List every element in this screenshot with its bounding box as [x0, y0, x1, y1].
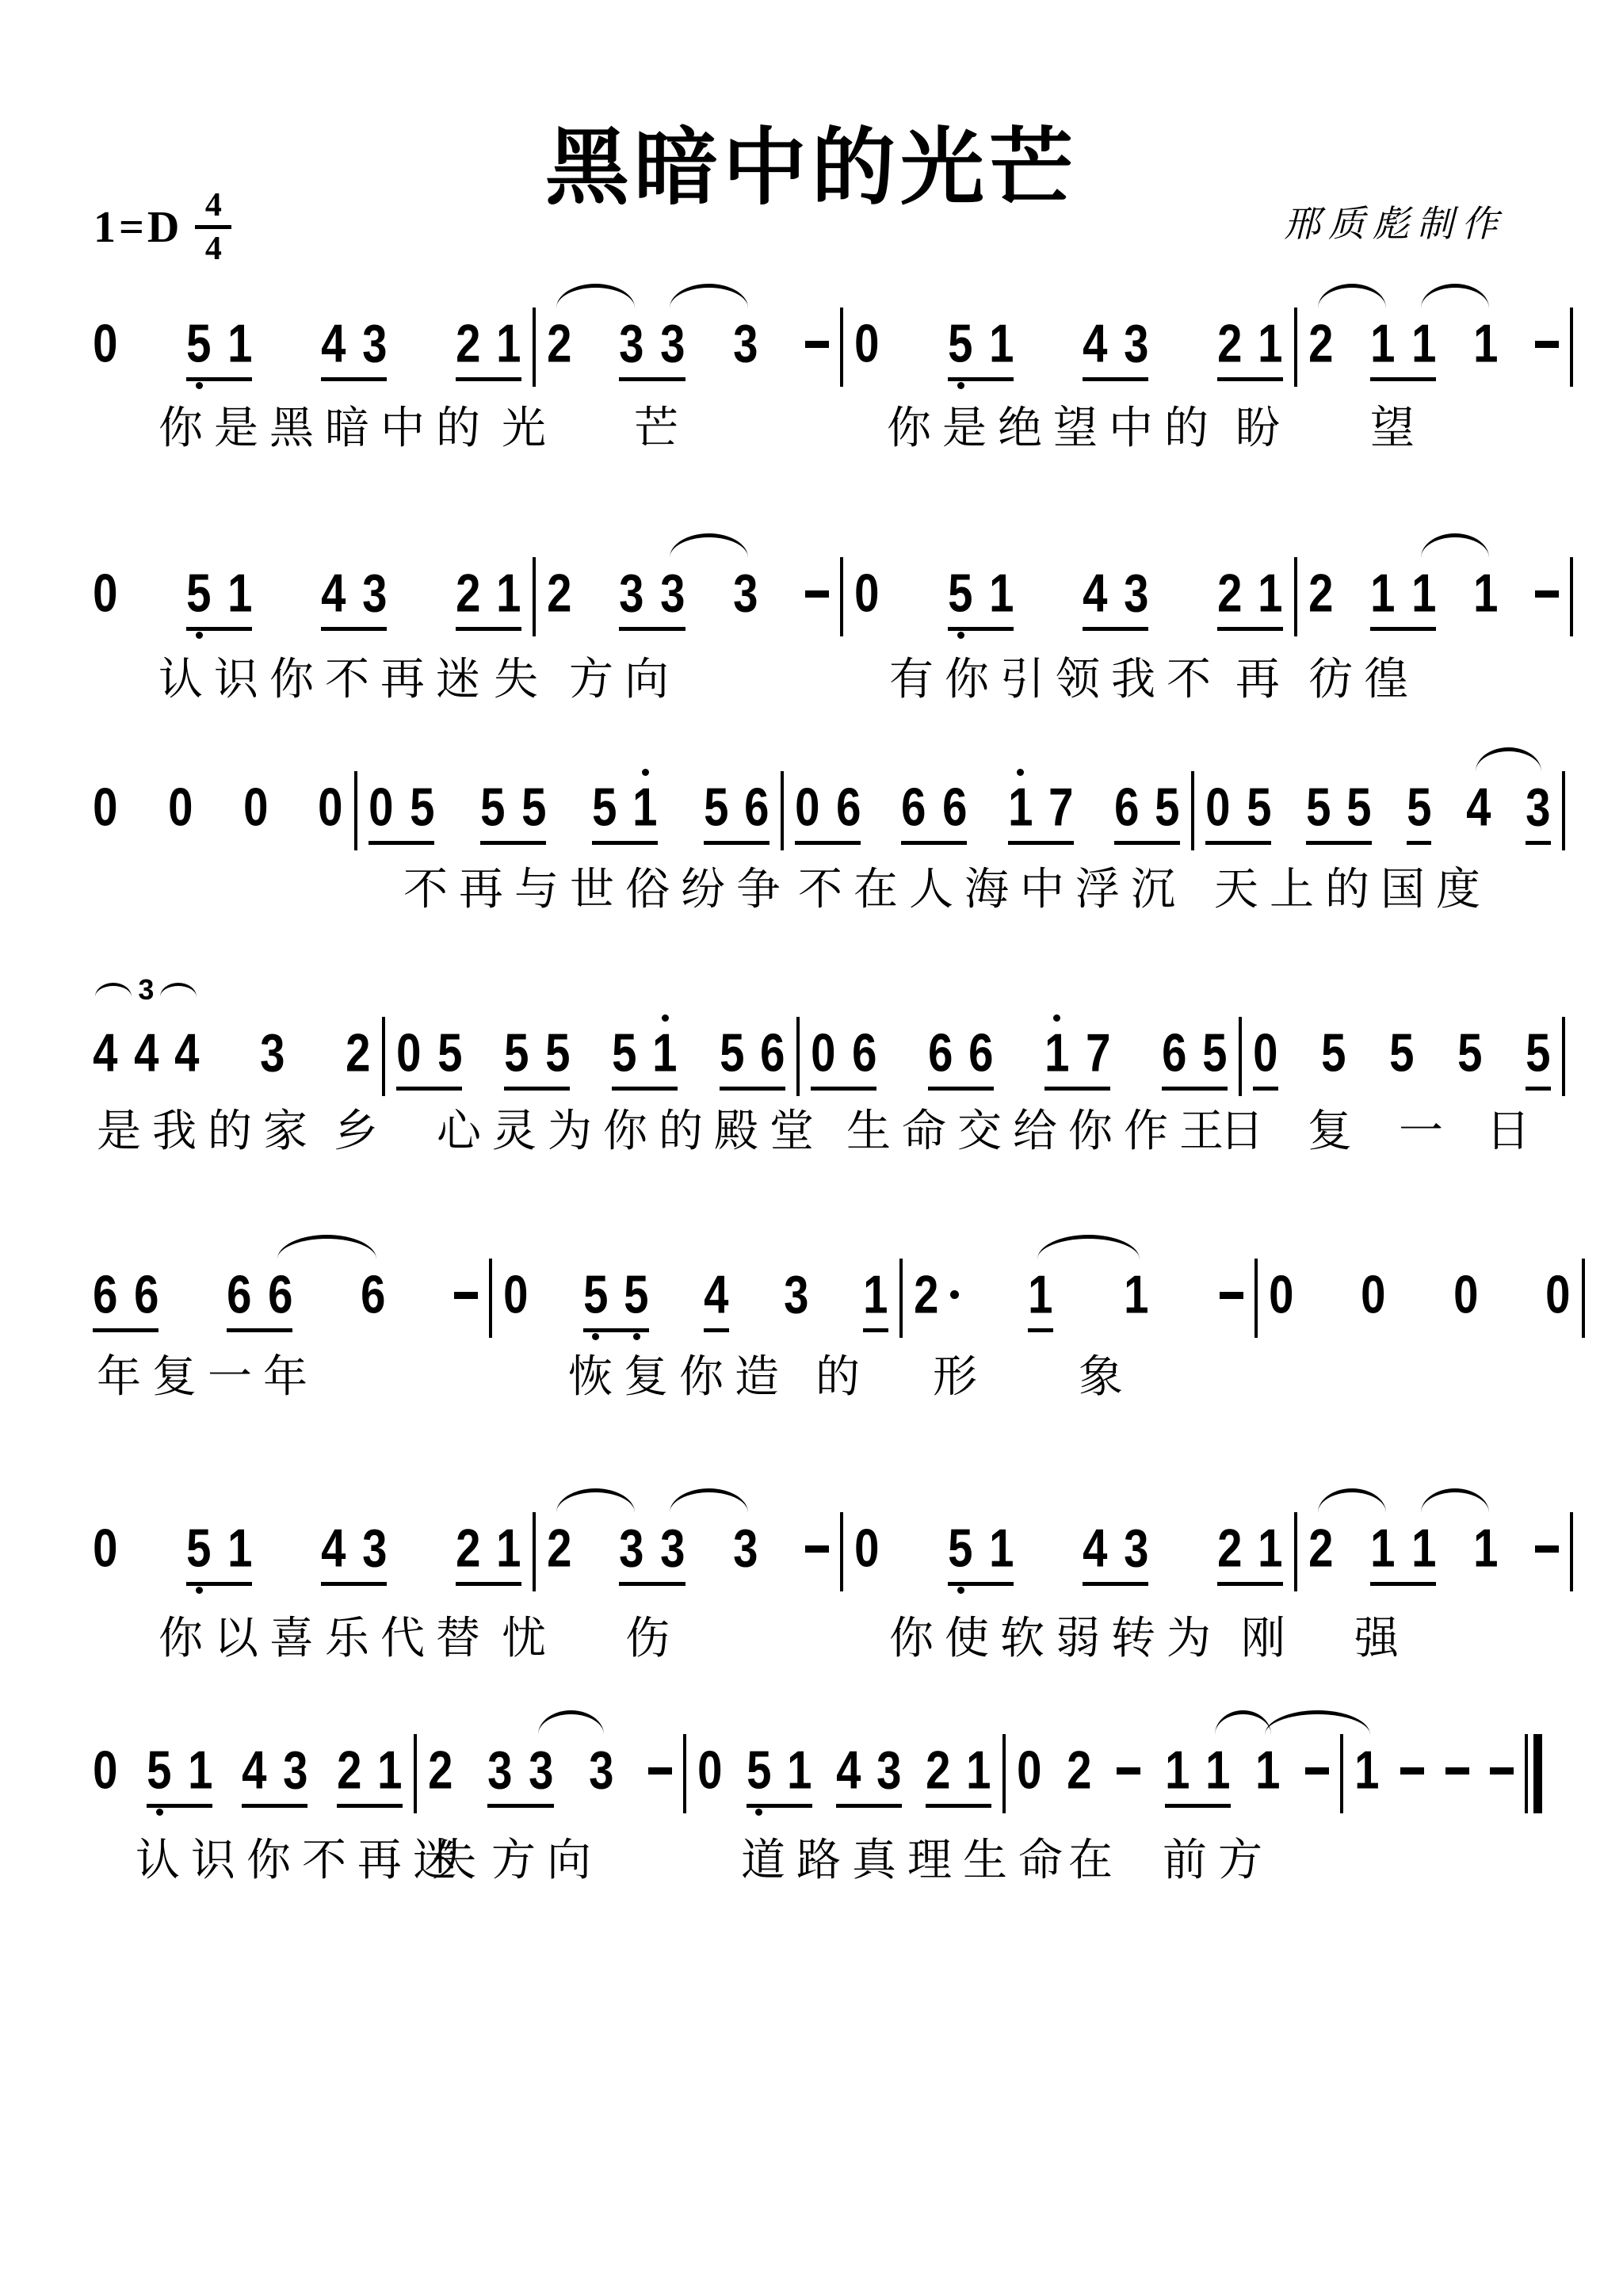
note-digit: 1 — [864, 1265, 888, 1324]
note: 5 — [185, 546, 213, 655]
duration-dash — [454, 1292, 478, 1299]
lyric-segment: 复 — [1308, 1106, 1363, 1156]
note-digit: 1 — [989, 314, 1014, 372]
digit-row: 1 — [1472, 315, 1500, 371]
beam-underline — [242, 1804, 307, 1808]
note: 1 — [495, 546, 523, 655]
slur-arc — [1421, 284, 1489, 308]
digit-row: 4 — [91, 1025, 120, 1080]
beamed-group: 51 — [185, 546, 254, 655]
note: 5 — [622, 1247, 651, 1357]
note-digit: 1 — [188, 1740, 212, 1799]
tuplet-number: 3 — [138, 976, 154, 1004]
digit-row: 6 — [758, 1025, 787, 1080]
note: 6 — [91, 1247, 120, 1357]
note: 4 — [319, 296, 348, 406]
digit-row: 0 — [1544, 1266, 1572, 1322]
dash-token — [1533, 546, 1560, 621]
single-note-underline-group: 0 — [1251, 1006, 1280, 1115]
digit-row: 3 — [486, 1742, 514, 1797]
digit-row: 0 — [367, 779, 395, 835]
digit-row: 1 — [1204, 1742, 1232, 1797]
measure: 2111 — [1307, 1501, 1560, 1610]
beamed-group: 51 — [745, 1723, 814, 1832]
octave-dot-above — [1053, 1014, 1060, 1022]
digit-row: 0 — [242, 779, 270, 835]
note: 1 — [1369, 546, 1397, 655]
measure: 0514321 — [853, 1501, 1285, 1610]
note-digit: 3 — [260, 1023, 285, 1082]
digit-row: 3 — [617, 1520, 646, 1576]
digit-row: 5 — [1456, 1025, 1484, 1080]
note-digit: 3 — [620, 1519, 644, 1577]
digit-row: 1 — [861, 1266, 890, 1322]
note-digit: 1 — [787, 1740, 811, 1799]
note: 3 — [1122, 546, 1151, 655]
note-digit: 1 — [1008, 777, 1033, 836]
beamed-group: 51 — [946, 296, 1015, 406]
note: 1 — [785, 1723, 814, 1832]
digit-row: 3 — [1122, 565, 1151, 621]
note: 1 — [1256, 546, 1285, 655]
beam-underline — [1526, 841, 1551, 845]
beam-underline — [720, 1087, 785, 1091]
lyric-segment: 的 — [815, 1351, 871, 1402]
beamed-group: 17 — [1043, 1006, 1112, 1115]
note-digit: 7 — [1048, 777, 1073, 836]
note: 0 — [166, 760, 195, 869]
note-digit: 0 — [1453, 1265, 1478, 1324]
note: 4 — [91, 1006, 120, 1115]
digit-row: 2 — [1307, 565, 1335, 621]
note-digit: 2 — [547, 1519, 571, 1577]
measure: 444332 — [91, 1006, 372, 1115]
note: 3 — [875, 1723, 903, 1832]
digit-row: 5 — [408, 779, 437, 835]
note: 1 — [1026, 1247, 1055, 1357]
digit-row: 5 — [1524, 1025, 1552, 1080]
octave-dot-below — [957, 1587, 964, 1594]
beam-underline — [1114, 841, 1180, 845]
note: 2 — [1065, 1723, 1094, 1832]
note: 3 — [617, 546, 646, 655]
beamed-group: 43 — [240, 1723, 309, 1832]
beam-underline — [948, 377, 1014, 381]
note: 1 — [861, 1247, 890, 1357]
digit-row: 5 — [1153, 779, 1182, 835]
lyric-segment: 你使软弱转为 — [889, 1613, 1222, 1664]
beamed-group: 51 — [610, 1006, 679, 1115]
note: 1 — [1043, 1006, 1071, 1115]
score-line: 0514321233305143212111认识你不再迷失方向有你引领我不再彷徨 — [0, 546, 1623, 792]
beamed-group: 55 — [502, 1006, 571, 1115]
digit-row: 0 — [91, 315, 120, 371]
note: 5 — [185, 1501, 213, 1610]
digit-row: 5 — [1304, 779, 1333, 835]
beamed-group: 51 — [946, 1501, 1015, 1610]
lyric-segment: 在 — [1068, 1835, 1124, 1885]
digit-row: 5 — [610, 1025, 639, 1080]
note: 3 — [617, 1501, 646, 1610]
note: 1 — [1369, 296, 1397, 406]
beam-underline — [1217, 377, 1283, 381]
note: 4 — [702, 1247, 731, 1357]
note: 3 — [361, 546, 389, 655]
digit-row: 1 — [1006, 779, 1035, 835]
note-digit: 6 — [852, 1023, 876, 1082]
note: 5 — [946, 296, 975, 406]
note-digit: 3 — [283, 1740, 307, 1799]
digit-row: 2 — [1307, 315, 1335, 371]
barline — [796, 1017, 800, 1096]
note-digit: 0 — [795, 777, 819, 836]
beamed-group: 4443 — [91, 1006, 201, 1115]
digit-row: 1 — [1163, 1742, 1192, 1797]
single-note-underline-group: 4 — [702, 1247, 731, 1357]
lyric-segment: 一 — [1399, 1106, 1454, 1156]
beamed-group: 55 — [479, 760, 548, 869]
digit-row: 2 — [335, 1742, 364, 1797]
digit-row: 2 — [1065, 1742, 1094, 1797]
note: 4 — [1081, 296, 1109, 406]
digit-row: 2 — [454, 565, 483, 621]
beamed-group: 55 — [1304, 760, 1373, 869]
note-digit: 1 — [1258, 1519, 1283, 1577]
note: 3 — [361, 1501, 389, 1610]
digit-row: 1 — [226, 1520, 254, 1576]
note: 0 — [91, 1501, 120, 1610]
notes-row: 0514321233305143212111 — [91, 1501, 1583, 1610]
digit-row: 5 — [1319, 1025, 1348, 1080]
octave-dot-above — [662, 1014, 669, 1022]
beam-underline — [928, 1087, 994, 1091]
lyric-segment: 前方 — [1163, 1835, 1274, 1885]
beamed-group: 33 — [617, 546, 686, 655]
note: 4 — [319, 546, 348, 655]
octave-area-below — [156, 1797, 163, 1832]
duration-dash — [805, 590, 829, 598]
note: 7 — [1047, 760, 1075, 869]
note: 2 — [1216, 546, 1244, 655]
beamed-group: 65 — [1113, 760, 1182, 869]
note: 6 — [850, 1006, 879, 1115]
barline — [1002, 1734, 1006, 1813]
barline — [533, 1512, 536, 1591]
note-digit: 3 — [620, 563, 644, 622]
note-digit: 4 — [836, 1740, 861, 1799]
note-digit: 5 — [1347, 777, 1372, 836]
note: 5 — [1456, 1006, 1484, 1115]
digit-row: 3 — [659, 565, 687, 621]
single-note-underline-group: 5 — [1524, 1006, 1552, 1115]
note-digit: 3 — [660, 1519, 685, 1577]
digit-row: 6 — [132, 1266, 161, 1322]
note-digit: 1 — [1028, 1265, 1052, 1324]
note: 6 — [743, 760, 771, 869]
note: 3 — [731, 296, 760, 406]
note-digit: 0 — [93, 563, 117, 622]
digit-row: 0 — [1359, 1266, 1388, 1322]
dash-token — [647, 1723, 674, 1797]
note: 5 — [745, 1723, 773, 1832]
note-digit: 1 — [1354, 1740, 1379, 1799]
beam-underline — [592, 841, 658, 845]
beam-underline — [1306, 841, 1372, 845]
note-digit: 0 — [854, 563, 879, 622]
note-digit: 1 — [497, 563, 521, 622]
note: 5 — [1201, 1006, 1229, 1115]
note-digit: 6 — [968, 1023, 993, 1082]
note-digit: 3 — [784, 1265, 808, 1324]
lyric-segment: 芒 — [634, 403, 689, 453]
digit-row: 0 — [1251, 1025, 1280, 1080]
octave-area-below — [957, 1576, 964, 1610]
note: 5 — [1345, 760, 1373, 869]
note: 0 — [1251, 1006, 1280, 1115]
note: 5 — [479, 760, 507, 869]
note: 1 — [1472, 296, 1500, 406]
note: 6 — [967, 1006, 995, 1115]
dash-token — [804, 546, 831, 621]
note-digit: 1 — [1473, 563, 1498, 622]
lyric-segment: 彷徨 — [1308, 654, 1419, 705]
dash-token — [1533, 1501, 1560, 1576]
fraction-bar — [195, 225, 231, 229]
digit-row: 1 — [785, 1742, 814, 1797]
barline — [1570, 557, 1573, 636]
note-digit: 5 — [948, 314, 972, 372]
beamed-group: 51 — [185, 296, 254, 406]
note: 5 — [702, 760, 731, 869]
measure: 02111 — [1015, 1723, 1331, 1832]
beamed-group: 21 — [454, 296, 523, 406]
credit: 邢质彪制作 — [1284, 195, 1506, 247]
note-digit: 3 — [589, 1740, 613, 1799]
beamed-group: 17 — [1006, 760, 1075, 869]
digit-row: 2 — [924, 1742, 953, 1797]
measure: 05555156 — [395, 1006, 787, 1115]
note: 1 — [1369, 1501, 1397, 1610]
beam-underline — [93, 1328, 158, 1332]
slur-arc — [670, 284, 748, 308]
beamed-group: 65 — [1160, 1006, 1229, 1115]
note: 0 — [809, 1006, 838, 1115]
beamed-group: 21 — [1216, 546, 1285, 655]
note-digit: 6 — [1162, 1023, 1186, 1082]
digit-row: 2 — [545, 1520, 574, 1576]
digit-row: 1 — [1410, 565, 1438, 621]
note-digit: 5 — [147, 1740, 171, 1799]
note: 3 — [617, 296, 646, 406]
digit-row: 1 — [964, 1742, 993, 1797]
digit-row: 2 — [344, 1025, 372, 1080]
measure: 0514321 — [91, 1501, 523, 1610]
note-digit: 2 — [428, 1740, 453, 1799]
beamed-group: 33 — [617, 1501, 686, 1610]
lyric-segment: 形 — [933, 1351, 988, 1402]
digit-row: 1 — [1369, 565, 1397, 621]
digit-row: 6 — [941, 779, 969, 835]
lyric-segment: 望 — [1370, 403, 1426, 453]
octave-dot-above — [642, 769, 649, 776]
digit-row: 1 — [495, 565, 523, 621]
note: 5 — [718, 1006, 747, 1115]
digit-row: 1 — [987, 1520, 1016, 1576]
note-digit: 0 — [396, 1023, 421, 1082]
note-digit: 6 — [942, 777, 967, 836]
digit-row: 2 — [454, 1520, 483, 1576]
note: 1 — [987, 296, 1016, 406]
note-digit: 2 — [337, 1740, 361, 1799]
digit-row: 1 — [1122, 1266, 1151, 1322]
beamed-group: 21 — [924, 1723, 993, 1832]
note-digit: 1 — [1124, 1265, 1148, 1324]
digit-row: 0 — [1015, 1742, 1044, 1797]
digit-row: 0 — [91, 1520, 120, 1576]
measure: 0514321 — [91, 546, 523, 655]
digit-row: 5 — [745, 1742, 773, 1797]
octave-dot-below — [957, 632, 964, 639]
note: 3 — [731, 546, 760, 655]
digit-row: 4 — [834, 1742, 863, 1797]
note-digit: 1 — [989, 1519, 1014, 1577]
barline — [1570, 308, 1573, 387]
note-digit: 3 — [529, 1740, 553, 1799]
note: 5 — [408, 760, 437, 869]
digit-row: 5 — [436, 1025, 464, 1080]
note-digit: 4 — [1083, 314, 1107, 372]
note: 1 — [226, 1501, 254, 1610]
beam-underline — [1370, 1582, 1436, 1586]
beam-underline — [1028, 1328, 1053, 1332]
digit-row: 2 — [454, 315, 483, 371]
single-note-underline-group: 1 — [1026, 1247, 1055, 1357]
measure: 0555543 — [1204, 760, 1552, 869]
beam-underline — [227, 1328, 292, 1332]
lyric-segment: 乡 — [334, 1106, 389, 1156]
note-digit: 1 — [378, 1740, 403, 1799]
note: 1 — [226, 546, 254, 655]
notes-row: 051432123330514321021111 — [91, 1723, 1542, 1832]
digit-row: 5 — [185, 315, 213, 371]
lyric-segment: 年复一年 — [97, 1351, 319, 1402]
digit-row: 0 — [809, 1025, 838, 1080]
note: 0 — [1267, 1247, 1296, 1357]
note: 1 — [651, 1006, 679, 1115]
measure: 05555 — [1251, 1006, 1552, 1115]
digit-row: 5 — [544, 1025, 572, 1080]
beamed-group: 33 — [486, 1723, 555, 1832]
digit-row: 1 — [1353, 1742, 1381, 1797]
notes-row: 0514321233305143212111 — [91, 546, 1583, 655]
digit-row: 4 — [1081, 1520, 1109, 1576]
note-digit: 0 — [93, 1519, 117, 1577]
note-digit: 5 — [1457, 1023, 1482, 1082]
note-digit: 1 — [497, 1519, 521, 1577]
note-digit: 3 — [488, 1740, 513, 1799]
note: 6 — [899, 760, 928, 869]
note: 1 — [495, 296, 523, 406]
note-digit: 1 — [497, 314, 521, 372]
note: 3 — [1122, 1501, 1151, 1610]
beam-underline — [1083, 1582, 1148, 1586]
note-digit: 0 — [168, 777, 193, 836]
note-digit: 3 — [1124, 1519, 1148, 1577]
lyric-segment: 天上的国度 — [1214, 864, 1491, 915]
beamed-group: 21 — [1216, 296, 1285, 406]
digit-row: 3 — [875, 1742, 903, 1797]
measure: 0514321 — [696, 1723, 993, 1832]
beam-underline — [369, 841, 434, 845]
beamed-group: 21 — [335, 1723, 404, 1832]
note: 3 — [281, 1723, 310, 1832]
octave-dot-below — [156, 1809, 163, 1816]
barline — [840, 557, 843, 636]
note-digit: 5 — [948, 1519, 972, 1577]
note-digit: 0 — [1017, 1740, 1041, 1799]
barline — [533, 557, 536, 636]
note: 2 — [454, 1501, 483, 1610]
note: 6 — [132, 1247, 161, 1357]
digit-row: 2 — [1307, 1520, 1335, 1576]
note-digit: 2 — [914, 1265, 938, 1324]
beam-underline — [619, 627, 685, 631]
note: 0 — [1015, 1723, 1044, 1832]
note-digit: 5 — [747, 1740, 771, 1799]
note: 2 — [344, 1006, 372, 1115]
note-digit: 0 — [1253, 1023, 1277, 1082]
lyric-segment: 伤 — [625, 1613, 681, 1664]
beam-underline — [619, 1582, 685, 1586]
beam-underline — [619, 377, 685, 381]
note-digit: 3 — [660, 314, 685, 372]
note-digit: 1 — [989, 563, 1014, 622]
barline — [1562, 1017, 1565, 1096]
note: 0 — [1204, 760, 1232, 869]
lyric-segment: 心灵为你的殿堂 — [437, 1106, 825, 1156]
lyric-segment: 方向 — [491, 1835, 602, 1885]
digit-row: 6 — [850, 1025, 879, 1080]
lyric-segment: 忧 — [502, 1613, 557, 1664]
digit-row: 2 — [1216, 565, 1244, 621]
barline — [1191, 771, 1194, 850]
note-digit: 2 — [1217, 314, 1242, 372]
note: 1 — [1254, 1723, 1282, 1832]
digit-row: 6 — [225, 1266, 254, 1322]
dash-token — [1533, 296, 1560, 371]
note-digit: 5 — [948, 563, 972, 622]
note-digit: 4 — [242, 1740, 266, 1799]
lyric-segment: 不再与世俗纷争 — [403, 864, 792, 915]
beamed-group: 33 — [617, 296, 686, 406]
measure: 0514321 — [853, 546, 1285, 655]
note: 3 — [782, 1247, 811, 1357]
digit-row: 0 — [1267, 1266, 1296, 1322]
digit-row: 3 — [281, 1742, 310, 1797]
beamed-group: 66 — [926, 1006, 995, 1115]
note-digit: 1 — [1255, 1740, 1280, 1799]
note: 0 — [1452, 1247, 1480, 1357]
note-digit: 1 — [967, 1740, 991, 1799]
note: 1 — [987, 546, 1016, 655]
note-digit: 1 — [1411, 314, 1436, 372]
digit-row: 3 — [361, 1520, 389, 1576]
note: 0 — [502, 1247, 530, 1357]
time-signature: 4 4 — [195, 189, 231, 266]
lyric-segment: 生命交给你作王 — [846, 1106, 1235, 1156]
digit-row: 2 — [1216, 315, 1244, 371]
note: 1 — [1353, 1723, 1381, 1832]
